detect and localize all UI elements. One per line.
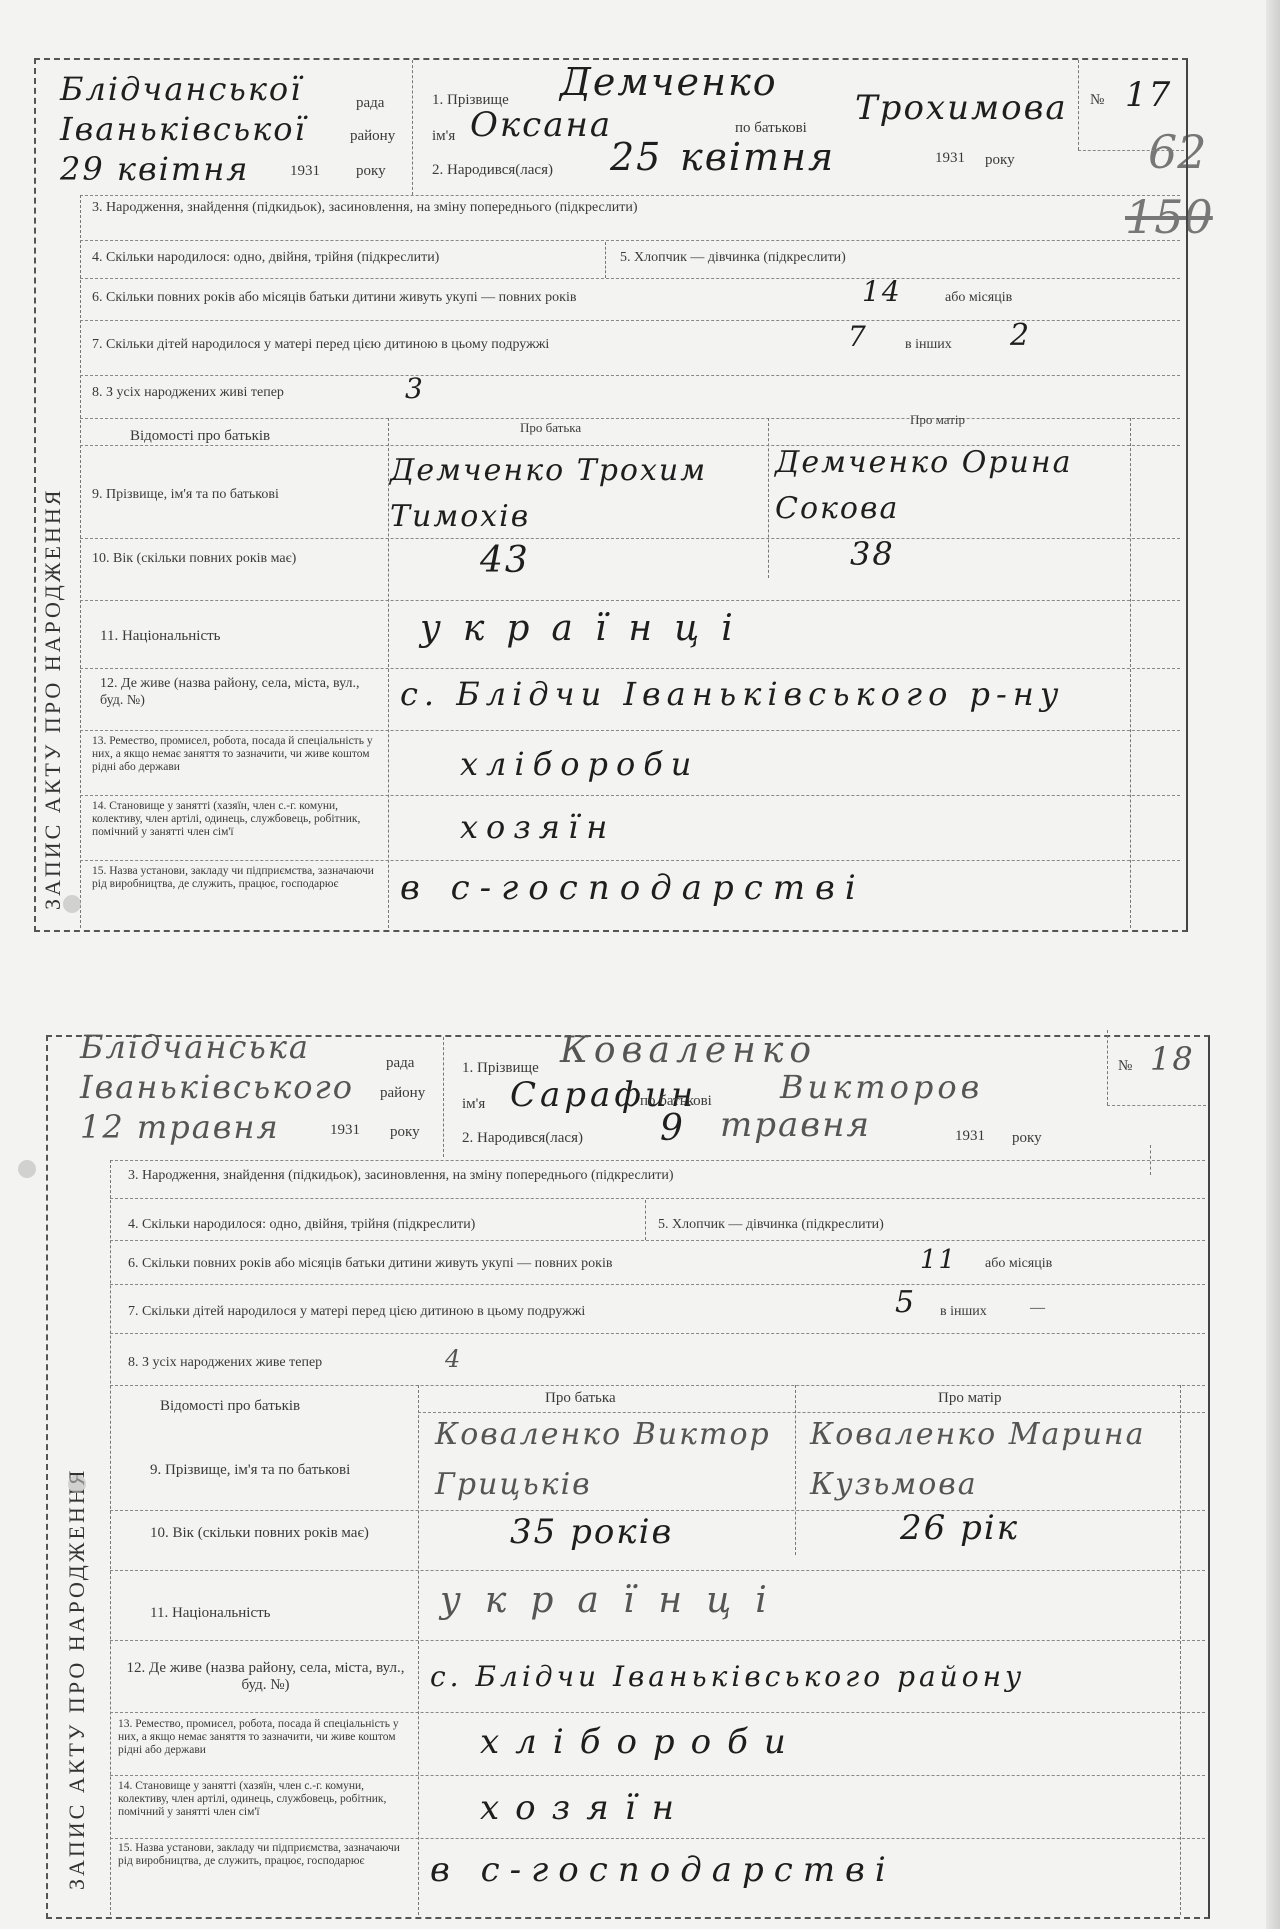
district-label: району — [350, 128, 395, 145]
divider — [1130, 418, 1131, 928]
divider — [1180, 1385, 1181, 1915]
divider — [110, 1333, 1205, 1334]
row-11-label: 11. Національність — [150, 1605, 271, 1622]
field-7-other-label: в інших — [905, 337, 952, 353]
divider — [80, 600, 1180, 601]
field-8-living: 8. З усіх народжених живе тепер — [128, 1355, 322, 1371]
divider — [80, 668, 1180, 669]
born-day: 9 — [660, 1108, 685, 1149]
row-14-label: 14. Становище у занятті (хазяїн, член с.… — [118, 1780, 413, 1819]
field-5-sex: 5. Хлопчик — дівчинка (підкреслити) — [620, 250, 846, 266]
council-value: Блідчанської — [60, 70, 302, 108]
district-value: Іваньківської — [60, 110, 307, 148]
council-label: рада — [356, 95, 384, 112]
occupation-value: хлібороби — [460, 745, 699, 783]
divider — [80, 730, 1180, 731]
scan-edge — [1266, 0, 1280, 1929]
born-year-label: року — [985, 152, 1015, 169]
divider — [80, 860, 1180, 861]
field-7-value: 7 — [848, 320, 868, 353]
divider — [80, 795, 1180, 796]
row-13-label: 13. Ремество, промисел, робота, посада й… — [118, 1718, 413, 1757]
row-15-label: 15. Назва установи, закладу чи підприємс… — [92, 865, 382, 891]
divider — [795, 1385, 796, 1555]
field-4-multiplicity: 4. Скільки народилося: одно, двійня, трі… — [92, 250, 439, 266]
record-year-value: 1931 — [290, 163, 320, 180]
field-7-other-value: 2 — [1010, 318, 1031, 353]
divider — [1107, 1105, 1206, 1106]
punch-hole — [63, 895, 81, 913]
nationality-value: українці — [440, 1580, 791, 1621]
divider — [110, 1640, 1205, 1641]
father-full-name: Коваленко Виктор Грицьків — [435, 1410, 795, 1510]
divider — [605, 242, 606, 278]
divider — [110, 1160, 1205, 1161]
father-column-header: Про батька — [545, 1390, 616, 1407]
mother-column-header: Про матір — [938, 1390, 1001, 1407]
father-column-header: Про батька — [520, 420, 581, 436]
child-surname: Коваленко — [560, 1030, 817, 1071]
mother-age: 26 рік — [900, 1508, 1019, 1548]
child-patronymic: Трохимова — [855, 88, 1068, 128]
mother-age: 38 — [850, 535, 895, 573]
child-surname: Демченко — [560, 60, 778, 104]
child-patronymic: Викторов — [780, 1068, 983, 1106]
born-day: 25 — [610, 135, 662, 179]
employment-status-value: хозяїн — [460, 808, 615, 846]
father-full-name: Демченко Трохим Тимохів — [390, 448, 770, 540]
parents-header: Відомості про батьків — [160, 1398, 300, 1415]
field-7-other-label: в інших — [940, 1304, 987, 1320]
employment-status-value: хозяїн — [480, 1788, 690, 1828]
field-3-event-type: 3. Народження, знайдення (підкидьок), за… — [128, 1168, 673, 1184]
row-10-label: 10. Вік (скільки повних років має) — [92, 550, 382, 567]
field-5-sex: 5. Хлопчик — дівчинка (підкреслити) — [658, 1217, 884, 1233]
divider — [80, 418, 1180, 419]
divider — [110, 1198, 1205, 1199]
divider — [80, 240, 1180, 241]
divider — [418, 1385, 419, 1915]
field-8-living: 8. З усіх народжених живі тепер — [92, 385, 284, 401]
divider — [412, 60, 413, 195]
born-month: квітня — [680, 135, 835, 179]
field-7-other-value: — — [1030, 1300, 1045, 1317]
divider — [1107, 1030, 1108, 1105]
divider — [110, 1838, 1205, 1839]
record-year-label: року — [390, 1124, 420, 1141]
district-value: Іваньківського — [80, 1068, 354, 1106]
divider — [645, 1200, 646, 1240]
divider — [80, 375, 1180, 376]
mother-column-header: Про матір — [910, 412, 965, 428]
row-14-label: 14. Становище у занятті (хазяїн, член с.… — [92, 800, 382, 839]
born-year: 1931 — [935, 150, 965, 167]
parents-header: Відомості про батьків — [130, 428, 270, 445]
divider — [110, 1385, 1205, 1386]
name-label: ім'я — [432, 128, 455, 145]
workplace-value: в с-господарстві — [430, 1850, 896, 1890]
mother-full-name: Коваленко Марина Кузьмова — [810, 1410, 1180, 1510]
record-number-label: № — [1090, 92, 1104, 109]
field-6-years-value: 11 — [920, 1245, 957, 1275]
field-6-marriage-years: 6. Скільки повних років або місяців бать… — [92, 290, 576, 306]
born-label: 2. Народився(лася) — [432, 162, 553, 179]
record-year-label: року — [356, 163, 386, 180]
side-title: ЗАПИС АКТУ ПРО НАРОДЖЕННЯ — [64, 1250, 90, 1890]
divider — [110, 1240, 1205, 1241]
field-4-multiplicity: 4. Скільки народилося: одно, двійня, трі… — [128, 1217, 475, 1233]
row-15-label: 15. Назва установи, закладу чи підприємс… — [118, 1842, 413, 1868]
born-month: травня — [720, 1105, 871, 1145]
mother-full-name: Демченко Орина Сокова — [775, 440, 1125, 532]
divider — [80, 278, 1180, 279]
divider — [110, 1510, 1205, 1511]
nationality-value: українці — [420, 608, 755, 649]
record-number-label: № — [1118, 1058, 1132, 1075]
field-6-marriage-years: 6. Скільки повних років або місяців бать… — [128, 1256, 612, 1272]
field-6-years-value: 14 — [862, 275, 902, 308]
divider — [388, 418, 389, 928]
row-12-label: 12. Де живе (назва району, села, міста, … — [100, 675, 385, 709]
punch-hole — [68, 1475, 86, 1493]
divider — [1078, 60, 1079, 150]
divider — [80, 538, 1180, 539]
father-age: 35 років — [510, 1512, 673, 1552]
district-label: району — [380, 1085, 425, 1102]
council-label: рада — [386, 1055, 414, 1072]
divider — [443, 1037, 444, 1157]
divider — [110, 1284, 1205, 1285]
field-7-value: 5 — [895, 1285, 916, 1320]
occupation-value: хлібороби — [480, 1722, 802, 1762]
row-9-label: 9. Прізвище, ім'я та по батькові — [150, 1462, 350, 1479]
row-9-label: 9. Прізвище, ім'я та по батькові — [92, 487, 279, 503]
field-3-event-type: 3. Народження, знайдення (підкидьок), за… — [92, 200, 637, 216]
divider — [110, 1775, 1205, 1776]
field-6-months-label: або місяців — [985, 1256, 1052, 1272]
record-date-value: 29 квітня — [60, 150, 249, 188]
born-label: 2. Народився(лася) — [462, 1130, 583, 1147]
father-age: 43 — [480, 540, 530, 581]
record-number: 17 — [1125, 75, 1172, 115]
field-6-months-label: або місяців — [945, 290, 1012, 306]
council-value: Блідчанська — [80, 1028, 310, 1066]
record-number: 18 — [1150, 1040, 1195, 1078]
workplace-value: в с-господарстві — [400, 868, 866, 908]
divider — [80, 195, 81, 928]
row-10-label: 10. Вік (скільки повних років має) — [150, 1525, 412, 1542]
side-title: ЗАПИС АКТУ ПРО НАРОДЖЕННЯ — [40, 270, 66, 910]
residence-value: с. Блідчи Іваньківського р-ну — [400, 675, 1064, 713]
divider — [110, 1712, 1205, 1713]
punch-hole — [18, 1160, 36, 1178]
name-label: ім'я — [462, 1096, 485, 1113]
field-7-prior-children: 7. Скільки дітей народилося у матері пер… — [128, 1304, 585, 1320]
row-13-label: 13. Ремество, промисел, робота, посада й… — [92, 735, 382, 774]
born-year: 1931 — [955, 1128, 985, 1145]
divider — [80, 195, 1180, 196]
record-date-value: 12 травня — [80, 1108, 280, 1146]
divider — [110, 1570, 1205, 1571]
divider — [1078, 150, 1184, 151]
row-12-label: 12. Де живе (назва району, села, міста, … — [118, 1660, 413, 1694]
field-7-prior-children: 7. Скільки дітей народилося у матері пер… — [92, 337, 549, 353]
field-8-value: 3 — [405, 372, 425, 405]
born-year-label: року — [1012, 1130, 1042, 1147]
field-8-value: 4 — [445, 1345, 462, 1373]
row-11-label: 11. Національність — [100, 628, 221, 645]
record-year-value: 1931 — [330, 1122, 360, 1139]
child-name: Оксана — [470, 105, 612, 145]
divider — [110, 1160, 111, 1915]
residence-value: с. Блідчи Іваньківського району — [430, 1660, 1025, 1693]
